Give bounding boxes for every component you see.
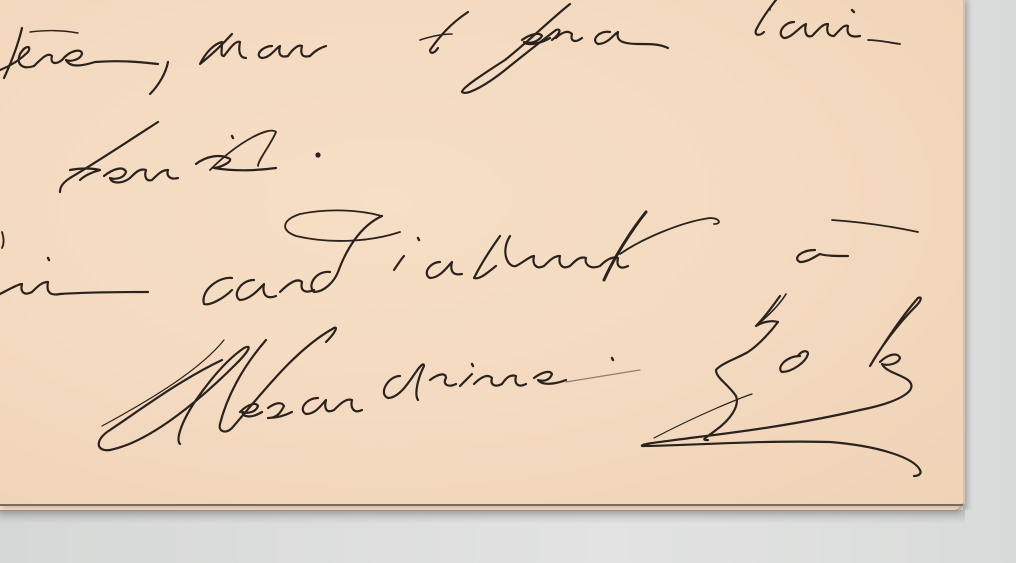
line-2-handwriting (60, 122, 321, 192)
line-1-handwriting (0, 0, 900, 94)
signature-handwriting (99, 294, 921, 476)
line-3-handwriting (0, 210, 918, 304)
handwriting-ink (0, 0, 1016, 563)
